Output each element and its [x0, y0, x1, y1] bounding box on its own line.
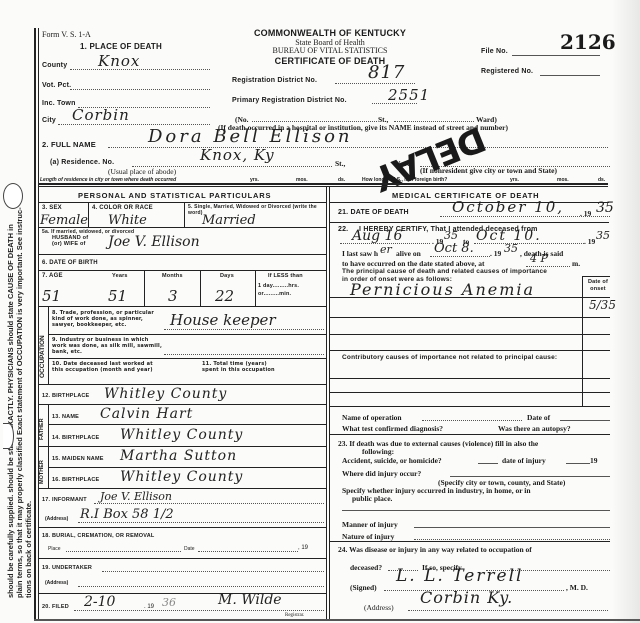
undertaker-address-label: (Address): [45, 580, 68, 586]
row-line: [38, 384, 326, 385]
registrar-label: Registrar.: [285, 613, 304, 618]
burial-place-line: [66, 551, 181, 552]
reg-district-label: Registration District No.: [232, 77, 317, 84]
birthplace-value: Whitley County: [104, 386, 227, 402]
cell-line: [144, 270, 145, 306]
vot-pct-label: Vot. Pct.: [42, 82, 71, 89]
specify-line: [342, 510, 610, 511]
county-label: County: [42, 62, 67, 69]
mother-name-label: 15. MAIDEN NAME: [52, 456, 104, 462]
commonwealth-title: COMMONWEALTH OF KENTUCKY: [240, 28, 420, 38]
dod-value: October 10,: [452, 198, 564, 216]
mother-name-value: Martha Sutton: [120, 448, 237, 464]
inc-town-label: Inc. Town: [42, 100, 76, 107]
physician-signature: L. L. Terrell: [396, 566, 523, 586]
manner-line: [414, 527, 610, 528]
father-name-value: Calvin Hart: [100, 406, 193, 422]
file-no-label: File No.: [481, 48, 508, 55]
cause-value: Pernicious Anemia: [350, 280, 535, 299]
age-label: 7. AGE: [42, 273, 63, 279]
less-than-label: If LESS than: [268, 273, 303, 279]
autopsy-label: Was there an autopsy?: [498, 424, 571, 433]
row-line: [329, 222, 609, 223]
total-time-label: 11. Total time (years) spent in this occ…: [202, 361, 282, 373]
last-saw-label: I last saw h: [342, 249, 378, 258]
filed-value: 2-10: [84, 594, 115, 610]
filed-line: [74, 610, 324, 611]
full-name-label: 2. FULL NAME: [42, 140, 96, 149]
file-no-value: 2126: [560, 30, 616, 54]
physician-address-value: Corbin Ky.: [420, 588, 513, 607]
burial-year-label: , 19: [298, 545, 308, 551]
registrar-signature: M. Wilde: [218, 592, 282, 608]
operation-date-label: Date of: [527, 413, 550, 422]
burial-label: 18. BURIAL, CREMATION, OR REMOVAL: [42, 533, 154, 539]
onset-label: Date of onset: [586, 279, 610, 293]
accident-label: Accident, suicide, or homicide?: [342, 456, 442, 465]
st-line: [394, 121, 474, 122]
filed-label: 20. FILED: [42, 604, 69, 610]
operation-line: [422, 420, 522, 421]
column-divider: [326, 186, 327, 619]
personal-heading: PERSONAL AND STATISTICAL PARTICULARS: [78, 191, 271, 200]
form-left-border: [34, 28, 36, 620]
section-divider: [38, 183, 608, 185]
informant-line: [94, 503, 324, 504]
physician-address-line: [408, 610, 608, 611]
row-line: [48, 334, 326, 335]
md-label: , M. D.: [566, 583, 588, 592]
sex-value: Female: [40, 213, 88, 228]
filed-year-label: . 19: [144, 604, 154, 610]
trade-label: 8. Trade, profession, or particular kind…: [52, 310, 164, 328]
to-year-value: 35: [596, 229, 610, 242]
city-label: City: [42, 117, 56, 124]
form-left-border-inner: [38, 28, 39, 620]
less-day-label: 1 day.........hrs.: [258, 283, 299, 289]
cell-line: [200, 270, 201, 306]
mother-birthplace-label: 16. BIRTHPLACE: [52, 477, 99, 483]
row-line: [582, 276, 610, 277]
row-line: [329, 406, 610, 407]
primary-reg-value: 2551: [388, 86, 430, 104]
section-divider-2: [38, 186, 608, 187]
dob-label: 6. DATE OF BIRTH: [42, 260, 98, 266]
full-name-line: [108, 147, 608, 148]
days-label: Days: [220, 273, 234, 279]
cell-line: [48, 306, 49, 384]
burial-date-label: Date: [184, 546, 195, 552]
marital-value: Married: [202, 213, 256, 228]
last-saw-value: Oct 8.: [434, 241, 474, 256]
row-line: [329, 334, 610, 335]
color-label: 4. COLOR OR RACE: [92, 205, 153, 211]
birthplace-label: 12. BIRTHPLACE: [42, 393, 89, 399]
months-value: 3: [168, 287, 178, 305]
years-value: 51: [108, 287, 127, 305]
where-label: Where did injury occur?: [342, 469, 421, 478]
injury-date-line: [566, 463, 590, 464]
scan-edge-shadow: [612, 0, 640, 623]
punch-hole: [3, 423, 14, 449]
registered-no-line: [540, 75, 600, 76]
cell-line: [88, 202, 89, 227]
industry-label: 9. Industry or business in which work wa…: [52, 337, 164, 355]
father-name-label: 13. NAME: [52, 414, 79, 420]
informant-label: 17. INFORMANT: [42, 497, 87, 503]
margin-instruction-line1: should be carefully supplied. should be …: [6, 224, 15, 598]
father-birthplace-value: Whitley County: [120, 427, 243, 443]
row-line: [38, 593, 326, 594]
burial-date-line: [198, 551, 298, 552]
column-divider-2: [329, 186, 330, 619]
dod-label: 21. DATE OF DEATH: [338, 209, 409, 216]
informant-value: Joe V. Ellison: [100, 490, 172, 503]
row-line: [38, 488, 326, 489]
time-value: 4 P: [530, 252, 548, 265]
trade-value: House keeper: [170, 311, 276, 329]
city-line: [58, 124, 210, 125]
row-line: [48, 358, 326, 359]
row-line: [38, 254, 326, 255]
row-line: [38, 446, 326, 447]
margin-instruction-line3: tions on back of certificate.: [24, 501, 33, 598]
occurred-text: to have occurred on the date stated abov…: [342, 259, 485, 268]
nature-line: [414, 539, 610, 540]
age-value: 51: [42, 287, 61, 305]
last-saw-line: [430, 256, 490, 257]
time-line: [526, 266, 570, 267]
row-line: [48, 467, 326, 468]
abode-note: (Usual place of abode): [108, 167, 176, 176]
accident-line: [478, 463, 498, 464]
informant-address-value: R.I Box 58 1/2: [80, 507, 174, 522]
onset-column-line: [582, 276, 583, 406]
city-value: Corbin: [72, 106, 130, 124]
row-line: [329, 378, 610, 379]
months-label: Months: [162, 273, 183, 279]
operation-label: Name of operation: [342, 413, 402, 422]
last-saw-alive-label: alive on: [396, 249, 421, 258]
to-year-label: . 19: [584, 237, 595, 246]
residence-label: (a) Residence. No.: [50, 159, 114, 166]
registered-no-label: Registered No.: [481, 68, 533, 75]
father-birthplace-label: 14. BIRTHPLACE: [52, 435, 99, 441]
row-line: [38, 558, 326, 559]
row-line: [38, 306, 326, 307]
last-saw-year-label: . 19: [490, 249, 501, 258]
principal-text-1: The principal cause of death and related…: [342, 268, 547, 275]
primary-reg-label: Primary Registration District No.: [232, 97, 347, 104]
physician-address-label: (Address): [364, 603, 394, 612]
row-line: [38, 404, 326, 405]
row-line: [48, 424, 326, 425]
row-line: [329, 350, 610, 351]
less-min-label: or.........min.: [258, 291, 291, 297]
form-bottom-border: [34, 619, 640, 621]
where-line: [450, 476, 610, 477]
punch-hole: [3, 183, 23, 209]
file-no-line: [512, 55, 600, 56]
occupation-side-label: OCCUPATION: [39, 335, 46, 378]
county-value: Knox: [98, 52, 140, 70]
manner-label: Manner of injury: [342, 520, 398, 529]
res-st-label: St.,: [335, 159, 345, 168]
place-of-death-heading: 1. PLACE OF DEATH: [80, 42, 162, 51]
mother-birthplace-value: Whitley County: [120, 469, 243, 485]
bureau-title: BUREAU OF VITAL STATISTICS: [240, 46, 420, 55]
m-label: m.: [572, 259, 580, 268]
signed-label: (Signed): [350, 583, 377, 592]
from-value: Aug 16: [352, 228, 402, 244]
injury-date-label: date of injury: [502, 456, 546, 465]
row-line: [38, 527, 326, 528]
dod-year-label: . 19: [580, 209, 591, 218]
row-line: [329, 392, 610, 393]
spouse-value: Joe V. Ellison: [108, 234, 200, 250]
full-name-value: Dora Bell Ellison: [148, 126, 353, 147]
residence-value: Knox, Ky: [200, 146, 275, 164]
last-saw-her: er: [380, 243, 392, 256]
row-line: [329, 434, 610, 435]
filed-year-value: 36: [162, 596, 176, 609]
undertaker-line: [102, 571, 324, 572]
specify-text-2: public place.: [352, 494, 392, 503]
trade-line: [164, 329, 324, 330]
row-line: [329, 317, 610, 318]
row-line: [329, 541, 610, 542]
no-line: [252, 121, 377, 122]
spouse-wife-label: (or) WIFE of: [52, 241, 86, 247]
informant-address-line: [78, 522, 324, 523]
last-worked-label: 10. Date deceased last worked at this oc…: [52, 361, 156, 373]
cell-line: [255, 270, 256, 306]
undertaker-label: 19. UNDERTAKER: [42, 565, 92, 571]
nature-label: Nature of injury: [342, 532, 394, 541]
row-line: [38, 202, 326, 203]
injury-year-label: 19: [590, 456, 598, 465]
sex-label: 3. SEX: [42, 205, 62, 211]
years-label: Years: [112, 273, 128, 279]
informant-address-label: (Address): [45, 516, 68, 522]
reg-district-value: 817: [368, 62, 405, 83]
undertaker-address-line: [78, 586, 324, 587]
last-saw-year-value: 35: [504, 242, 518, 255]
days-value: 22: [215, 287, 234, 305]
form-number: Form V. S. 1-A: [42, 30, 91, 39]
industry-line: [164, 354, 324, 355]
cell-line: [184, 202, 185, 227]
reg-district-line: [335, 83, 415, 84]
vot-pct-line: [70, 89, 210, 90]
deceased-label: deceased?: [350, 563, 382, 572]
mother-side-label: MOTHER: [39, 460, 45, 484]
row-line: [38, 270, 326, 271]
burial-place-label: Place: [48, 546, 61, 552]
margin-instruction-line2: plain terms, so that it may properly cla…: [15, 207, 24, 598]
external-label-2: following:: [362, 447, 394, 456]
operation-date-line: [560, 420, 610, 421]
color-value: White: [108, 213, 147, 228]
row-line: [38, 227, 326, 228]
test-label: What test confirmed diagnosis?: [342, 424, 443, 433]
contributory-label: Contributory causes of importance not re…: [342, 354, 572, 362]
occupation-related-label: 24. Was disease or injury in any way rel…: [338, 545, 532, 554]
father-side-label: FATHER: [39, 418, 45, 440]
